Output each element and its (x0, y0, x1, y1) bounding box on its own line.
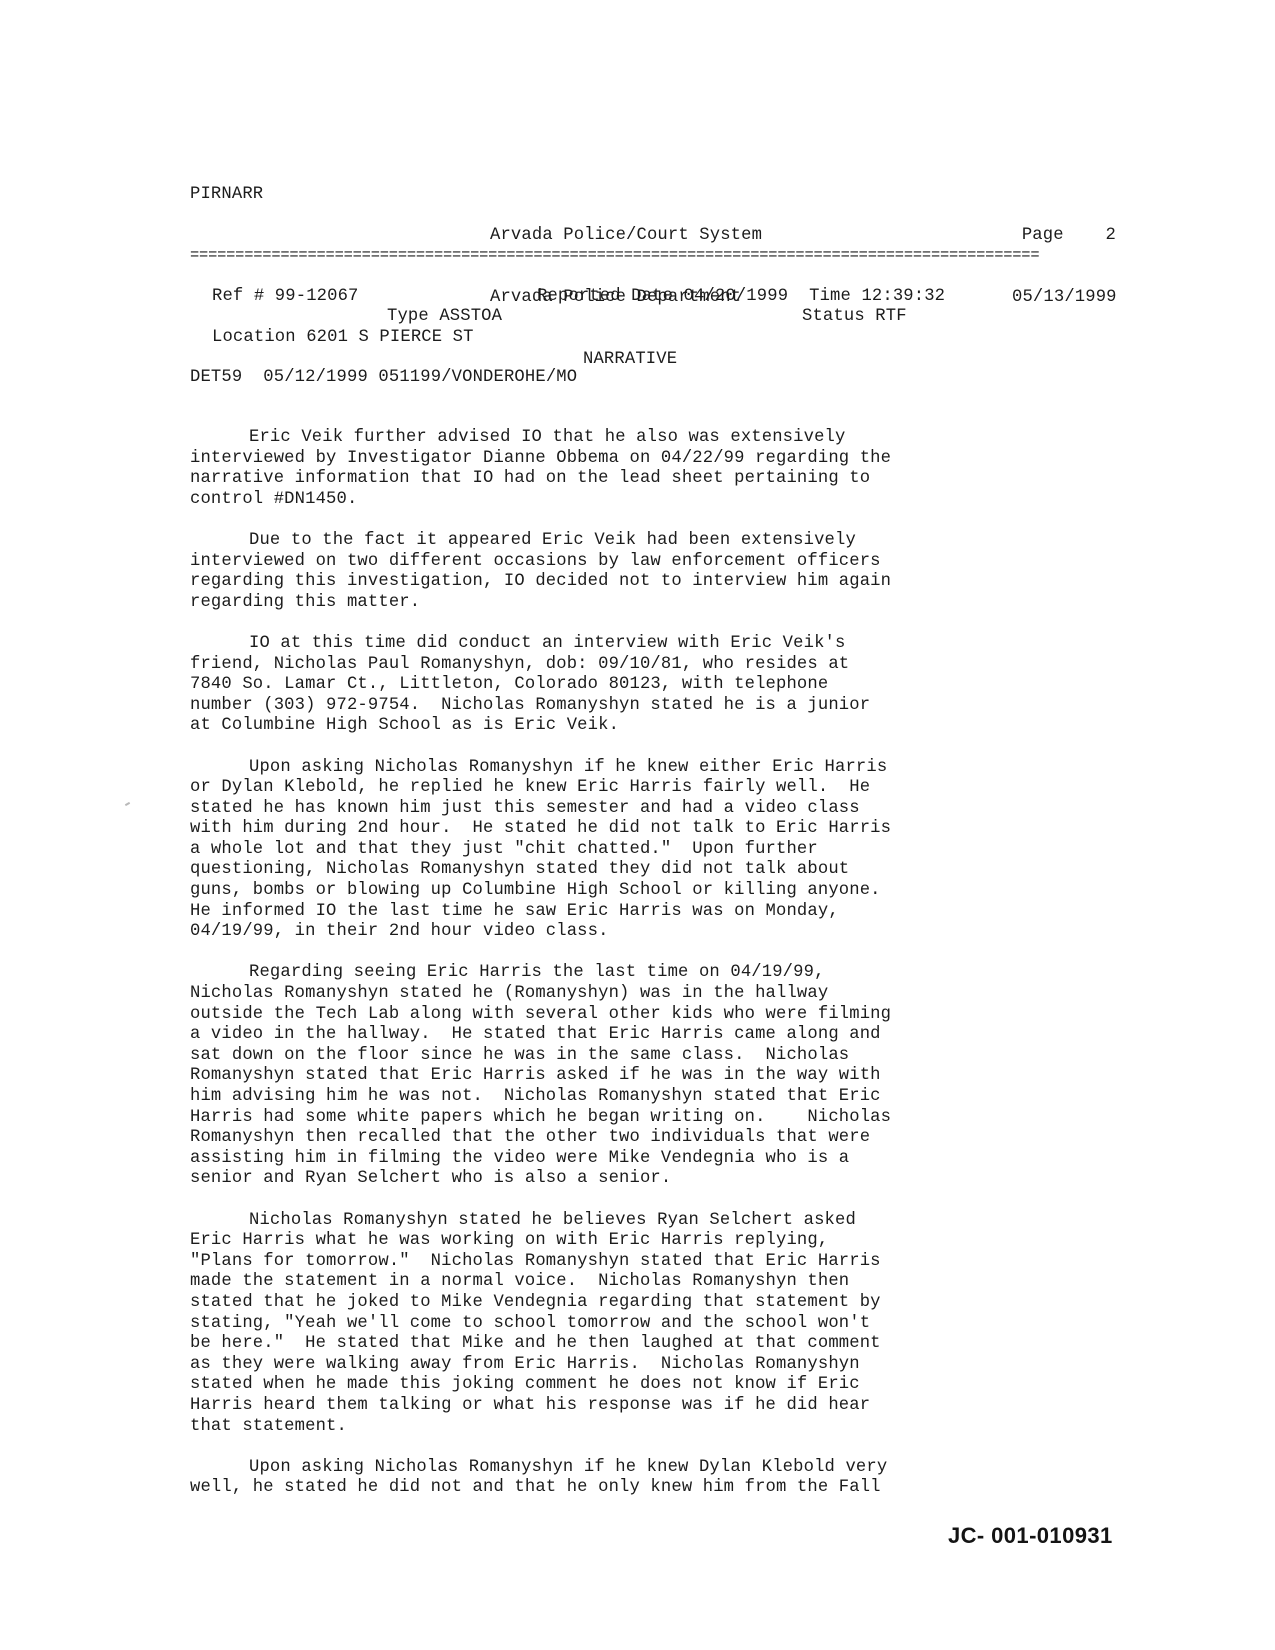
type-label: Type (387, 307, 429, 326)
narrative-line: friend, Nicholas Paul Romanyshyn, dob: 0… (190, 655, 1090, 676)
narrative-line: Regarding seeing Eric Harris the last ti… (190, 963, 1090, 984)
type-field: Type ASSTOA (387, 307, 502, 328)
narrative-line: Eric Veik further advised IO that he als… (190, 428, 1090, 449)
narrative-line: him advising him he was not. Nicholas Ro… (190, 1087, 1090, 1108)
narrative-line: 04/19/99, in their 2nd hour video class. (190, 922, 1090, 943)
ref-field: Ref # 99-12067 (212, 287, 359, 308)
narrative-paragraph: Due to the fact it appeared Eric Veik ha… (190, 531, 1090, 613)
header-separator: ========================================… (190, 245, 1115, 266)
reported-date: 04/20/1999 (684, 287, 789, 306)
narrative-line: or Dylan Klebold, he replied he knew Eri… (190, 778, 1090, 799)
narrative-line: that statement. (190, 1417, 1090, 1438)
narrative-line: number (303) 972-9754. Nicholas Romanysh… (190, 696, 1090, 717)
narrative-line: interviewed by Investigator Dianne Obbem… (190, 449, 1090, 470)
narrative-paragraph: Regarding seeing Eric Harris the last ti… (190, 963, 1090, 1190)
system-name: Arvada Police/Court System (490, 226, 910, 247)
narrative-line: Nicholas Romanyshyn stated he believes R… (190, 1211, 1090, 1232)
narrative-line: as they were walking away from Eric Harr… (190, 1355, 1090, 1376)
print-date: 05/13/1999 (1012, 288, 1116, 309)
status-label: Status (802, 307, 865, 326)
reported-date-field: Reported Date 04/20/1999 Time 12:39:32 (537, 287, 945, 308)
narrative-line: interviewed on two different occasions b… (190, 552, 1090, 573)
narrative-line: regarding this matter. (190, 593, 1090, 614)
narrative-line: He informed IO the last time he saw Eric… (190, 902, 1090, 923)
ref-label: Ref # (212, 287, 264, 306)
narrative-line: regarding this investigation, IO decided… (190, 572, 1090, 593)
narrative-paragraph: Upon asking Nicholas Romanyshyn if he kn… (190, 758, 1090, 943)
narrative-line: 7840 So. Lamar Ct., Littleton, Colorado … (190, 675, 1090, 696)
ref-number: 99-12067 (275, 287, 359, 306)
status-value: RTF (875, 307, 906, 326)
type-value: ASSTOA (439, 307, 502, 326)
narrative-line: well, he stated he did not and that he o… (190, 1478, 1090, 1499)
location-value: 6201 S PIERCE ST (306, 328, 473, 347)
narrative-line: narrative information that IO had on the… (190, 469, 1090, 490)
narrative-line: IO at this time did conduct an interview… (190, 634, 1090, 655)
entry-officer: DET59 (190, 368, 242, 387)
narrative-line: assisting him in filming the video were … (190, 1149, 1090, 1170)
narrative-line: Eric Harris what he was working on with … (190, 1231, 1090, 1252)
scan-speck (125, 802, 130, 806)
narrative-line: Harris heard them talking or what his re… (190, 1396, 1090, 1417)
narrative-paragraph: IO at this time did conduct an interview… (190, 634, 1090, 737)
reported-time: 12:39:32 (861, 287, 945, 306)
narrative-line: be here." He stated that Mike and he the… (190, 1334, 1090, 1355)
status-field: Status RTF (802, 307, 907, 328)
narrative-line: stated that he joked to Mike Vendegnia r… (190, 1293, 1090, 1314)
document-page: PIRNARR Arvada Police/Court System Arvad… (0, 0, 1275, 1650)
narrative-line: with him during 2nd hour. He stated he d… (190, 819, 1090, 840)
narrative-line: senior and Ryan Selchert who is also a s… (190, 1169, 1090, 1190)
narrative-line: Nicholas Romanyshyn stated he (Romanyshy… (190, 984, 1090, 1005)
page-number-line: Page 2 (1012, 226, 1116, 247)
entry-id: 051199/VONDEROHE/MO (378, 368, 577, 387)
narrative-line: Romanyshyn stated that Eric Harris asked… (190, 1066, 1090, 1087)
narrative-line: outside the Tech Lab along with several … (190, 1005, 1090, 1026)
entry-date: 05/12/1999 (263, 368, 368, 387)
narrative-paragraph: Nicholas Romanyshyn stated he believes R… (190, 1211, 1090, 1438)
narrative-line: stated when he made this joking comment … (190, 1375, 1090, 1396)
narrative-line: a video in the hallway. He stated that E… (190, 1025, 1090, 1046)
narrative-line: Due to the fact it appeared Eric Veik ha… (190, 531, 1090, 552)
narrative-line: guns, bombs or blowing up Columbine High… (190, 881, 1090, 902)
narrative-paragraph: Upon asking Nicholas Romanyshyn if he kn… (190, 1458, 1090, 1499)
narrative-line: sat down on the floor since he was in th… (190, 1046, 1090, 1067)
narrative-line: control #DN1450. (190, 490, 1090, 511)
report-code: PIRNARR (190, 185, 263, 206)
narrative-line: at Columbine High School as is Eric Veik… (190, 716, 1090, 737)
entry-line: DET59 05/12/1999 051199/VONDEROHE/MO (190, 368, 577, 389)
narrative-line: stated he has known him just this semest… (190, 799, 1090, 820)
page-label: Page (1022, 226, 1064, 245)
narrative-paragraph: Eric Veik further advised IO that he als… (190, 428, 1090, 510)
narrative-line: Romanyshyn then recalled that the other … (190, 1128, 1090, 1149)
location-label: Location (212, 328, 296, 347)
reported-date-label: Reported Date (537, 287, 673, 306)
narrative-line: "Plans for tomorrow." Nicholas Romanyshy… (190, 1252, 1090, 1273)
narrative-line: Harris had some white papers which he be… (190, 1108, 1090, 1129)
bates-number: JC- 001-010931 (948, 1523, 1113, 1549)
page-info: Page 2 05/13/1999 (1012, 185, 1116, 350)
narrative-body: Eric Veik further advised IO that he als… (190, 428, 1090, 1519)
location-field: Location 6201 S PIERCE ST (212, 328, 474, 349)
narrative-line: questioning, Nicholas Romanyshyn stated … (190, 860, 1090, 881)
narrative-line: made the statement in a normal voice. Ni… (190, 1272, 1090, 1293)
narrative-line: stating, "Yeah we'll come to school tomo… (190, 1314, 1090, 1335)
time-label: Time (809, 287, 851, 306)
narrative-line: Upon asking Nicholas Romanyshyn if he kn… (190, 758, 1090, 779)
narrative-line: Upon asking Nicholas Romanyshyn if he kn… (190, 1458, 1090, 1479)
page-number: 2 (1106, 226, 1116, 245)
narrative-line: a whole lot and that they just "chit cha… (190, 840, 1090, 861)
